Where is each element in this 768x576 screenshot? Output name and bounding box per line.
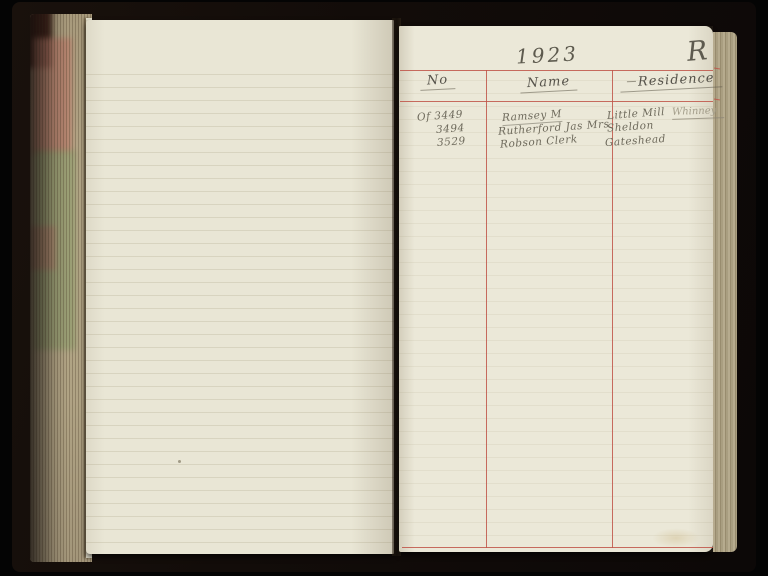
right-page-index — [399, 26, 713, 552]
pencil-note: Whinney — [672, 105, 725, 120]
red-rule-header-bottom — [400, 101, 713, 102]
page-speck — [178, 460, 181, 463]
entry-no: 3529 — [437, 135, 467, 149]
flourish-dash — [627, 81, 636, 82]
page-shading — [86, 20, 394, 554]
left-page-blank — [86, 20, 394, 554]
year-heading: 1923 — [515, 41, 579, 68]
page-fore-edge-stack — [30, 14, 92, 562]
column-header-name: Name — [520, 74, 578, 94]
column-header-no: No — [420, 72, 456, 91]
index-letter: R — [686, 35, 709, 68]
ledger-photograph: 1923 R No Name Residence Of 3449 Ramsey … — [0, 0, 768, 576]
red-rule-header-top — [400, 70, 713, 71]
red-rule-column-divider-1 — [486, 70, 487, 548]
entry-no: 3494 — [436, 122, 466, 136]
page-shading — [399, 26, 713, 552]
page-stain — [652, 528, 700, 548]
column-header-residence-label: Residence — [638, 71, 715, 90]
fore-edge-shadow — [30, 14, 92, 562]
